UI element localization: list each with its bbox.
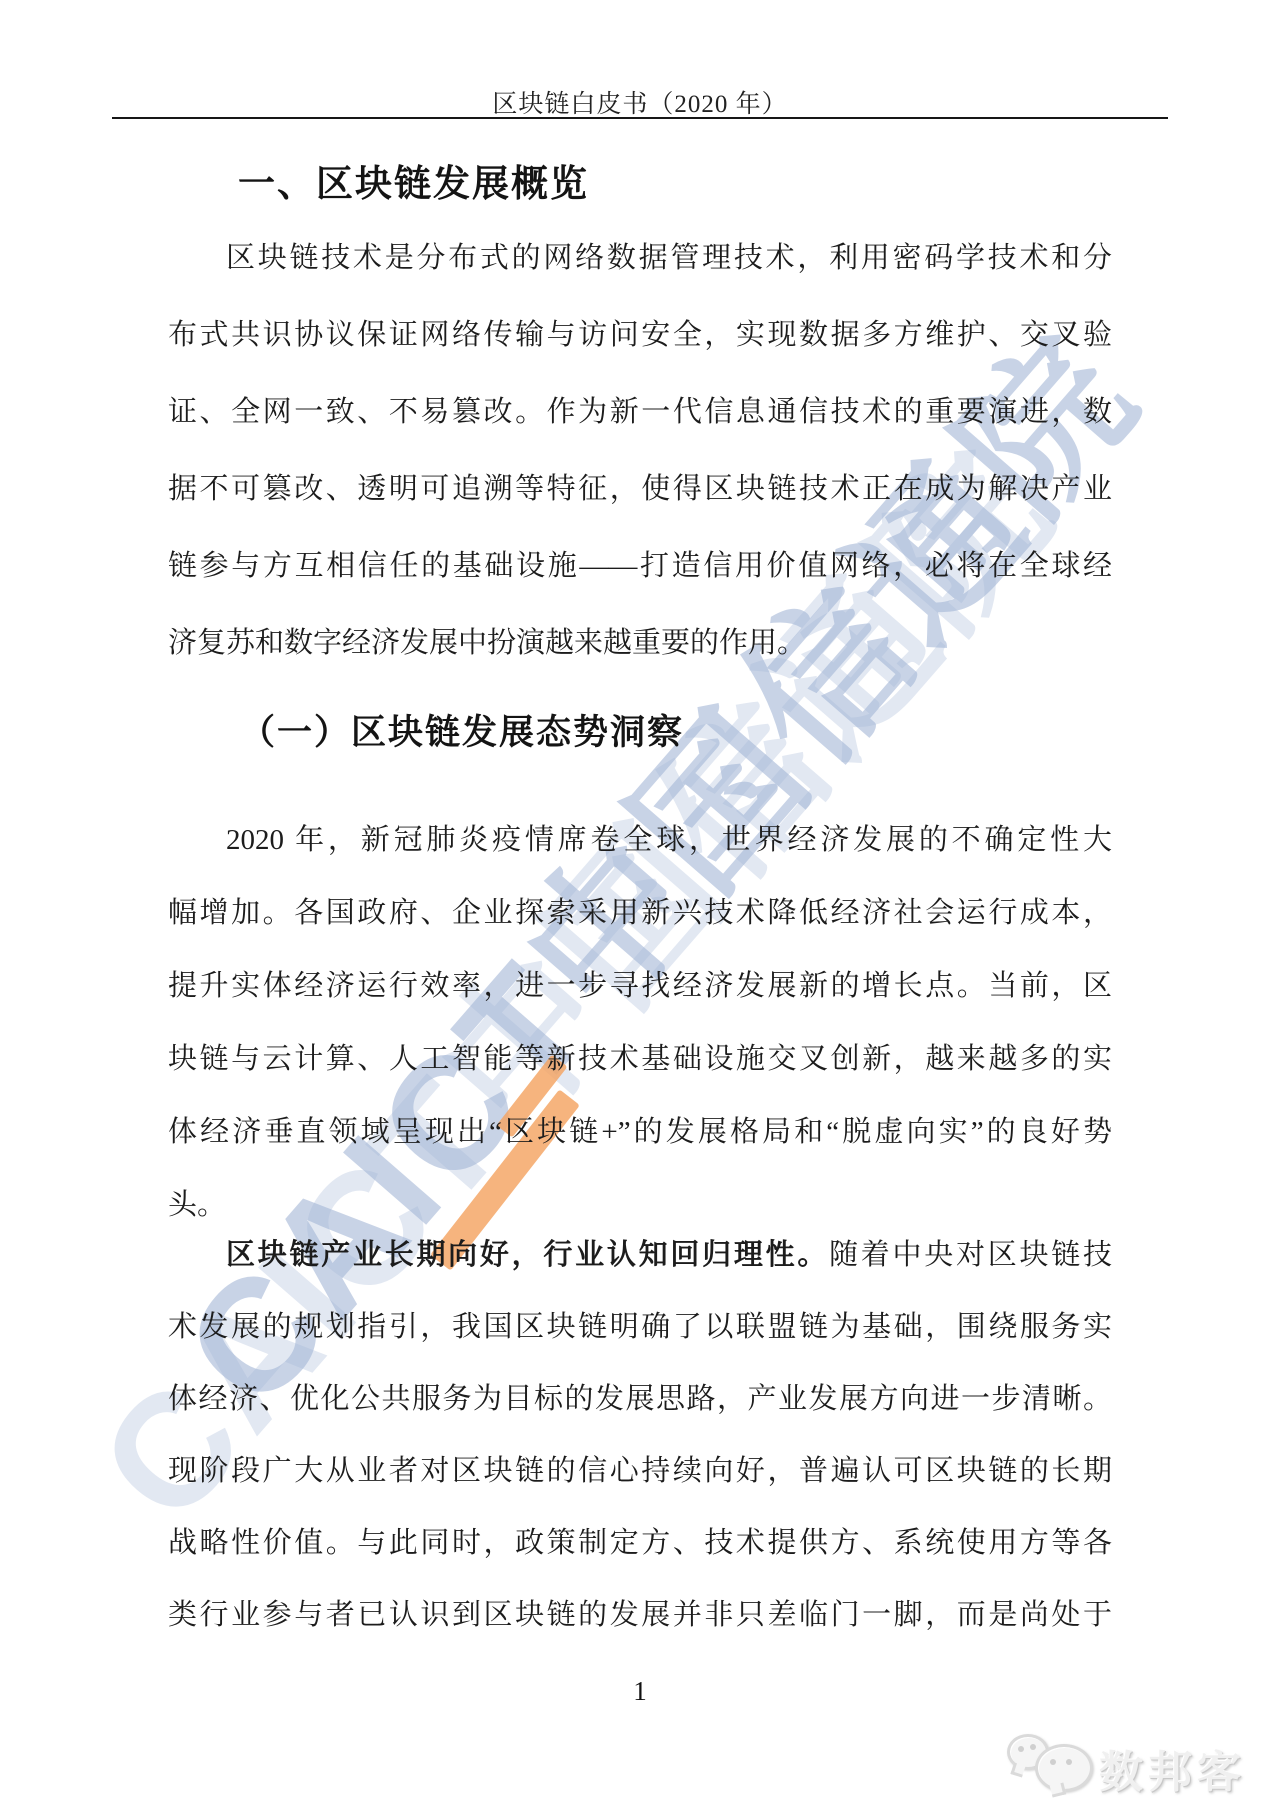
text-line: 济复苏和数字经济发展中扮演越来越重要的作用。 [168, 605, 1112, 682]
bubble-eye [1018, 1746, 1024, 1752]
section-heading: 一、区块链发展概览 [238, 162, 589, 206]
wechat-chat-bubbles-icon [1007, 1734, 1091, 1796]
text-line: 提升实体经济运行效率，进一步寻找经济发展新的增长点。当前，区 [168, 950, 1112, 1023]
paragraph-2: 2020 年，新冠肺炎疫情席卷全球，世界经济发展的不确定性大幅增加。各国政府、企… [168, 804, 1112, 1242]
paragraph-3: 区块链产业长期向好，行业认知回归理性。随着中央对区块链技 术发展的规划指引，我国… [168, 1219, 1112, 1651]
paragraph-3-first-line: 区块链产业长期向好，行业认知回归理性。随着中央对区块链技 [168, 1219, 1112, 1291]
subsection-heading: （一）区块链发展态势洞察 [240, 712, 684, 754]
brand-badge: 数邦客 [1007, 1734, 1246, 1800]
text-line: 链参与方互相信任的基础设施——打造信用价值网络，必将在全球经 [168, 528, 1112, 605]
brand-label: 数邦客 [1099, 1736, 1246, 1800]
text-line: 证、全网一致、不易篡改。作为新一代信息通信技术的重要演进，数 [168, 374, 1112, 451]
chat-bubble-small-tail [1010, 1762, 1025, 1777]
running-header-title: 区块链白皮书（2020 年） [0, 84, 1280, 120]
text-line: 体经济、优化公共服务为目标的发展思路，产业发展方向进一步清晰。 [168, 1363, 1112, 1435]
text-line: 布式共识协议保证网络传输与访问安全，实现数据多方维护、交叉验 [168, 297, 1112, 374]
text-line: 2020 年，新冠肺炎疫情席卷全球，世界经济发展的不确定性大 [168, 804, 1112, 877]
page-number: 1 [0, 1676, 1280, 1707]
text-line: 据不可篡改、透明可追溯等特征，使得区块链技术正在成为解决产业 [168, 451, 1112, 528]
text-line: 战略性价值。与此同时，政策制定方、技术提供方、系统使用方等各 [168, 1507, 1112, 1579]
paragraph-3-rest: 术发展的规划指引，我国区块链明确了以联盟链为基础，围绕服务实体经济、优化公共服务… [168, 1291, 1112, 1651]
header-divider-rule [112, 117, 1168, 119]
text-line: 块链与云计算、人工智能等新技术基础设施交叉创新，越来越多的实 [168, 1023, 1112, 1096]
bubble-eye [1030, 1744, 1036, 1750]
bubble-eye [1050, 1759, 1056, 1765]
paragraph-1: 区块链技术是分布式的网络数据管理技术，利用密码学技术和分布式共识协议保证网络传输… [168, 220, 1112, 682]
paragraph-3-bold-lead: 区块链产业长期向好，行业认知回归理性。 [226, 1239, 829, 1271]
text-line: 体经济垂直领域呈现出“区块链+”的发展格局和“脱虚向实”的良好势 [168, 1096, 1112, 1169]
paragraph-3-first-line-rest: 随着中央对区块链技 [829, 1239, 1112, 1271]
text-line: 现阶段广大从业者对区块链的信心持续向好，普遍认可区块链的长期 [168, 1435, 1112, 1507]
bubble-eye [1066, 1759, 1072, 1765]
chat-bubble-big-tail [1050, 1782, 1066, 1797]
document-page: CAICT中国信通院 CAICT中国信通院 区块链白皮书（2020 年） 一、区… [0, 0, 1280, 1811]
text-line: 类行业参与者已认识到区块链的发展并非只差临门一脚，而是尚处于 [168, 1579, 1112, 1651]
text-line: 术发展的规划指引，我国区块链明确了以联盟链为基础，围绕服务实 [168, 1291, 1112, 1363]
text-line: 幅增加。各国政府、企业探索采用新兴技术降低经济社会运行成本， [168, 877, 1112, 950]
text-line: 区块链技术是分布式的网络数据管理技术，利用密码学技术和分 [168, 220, 1112, 297]
